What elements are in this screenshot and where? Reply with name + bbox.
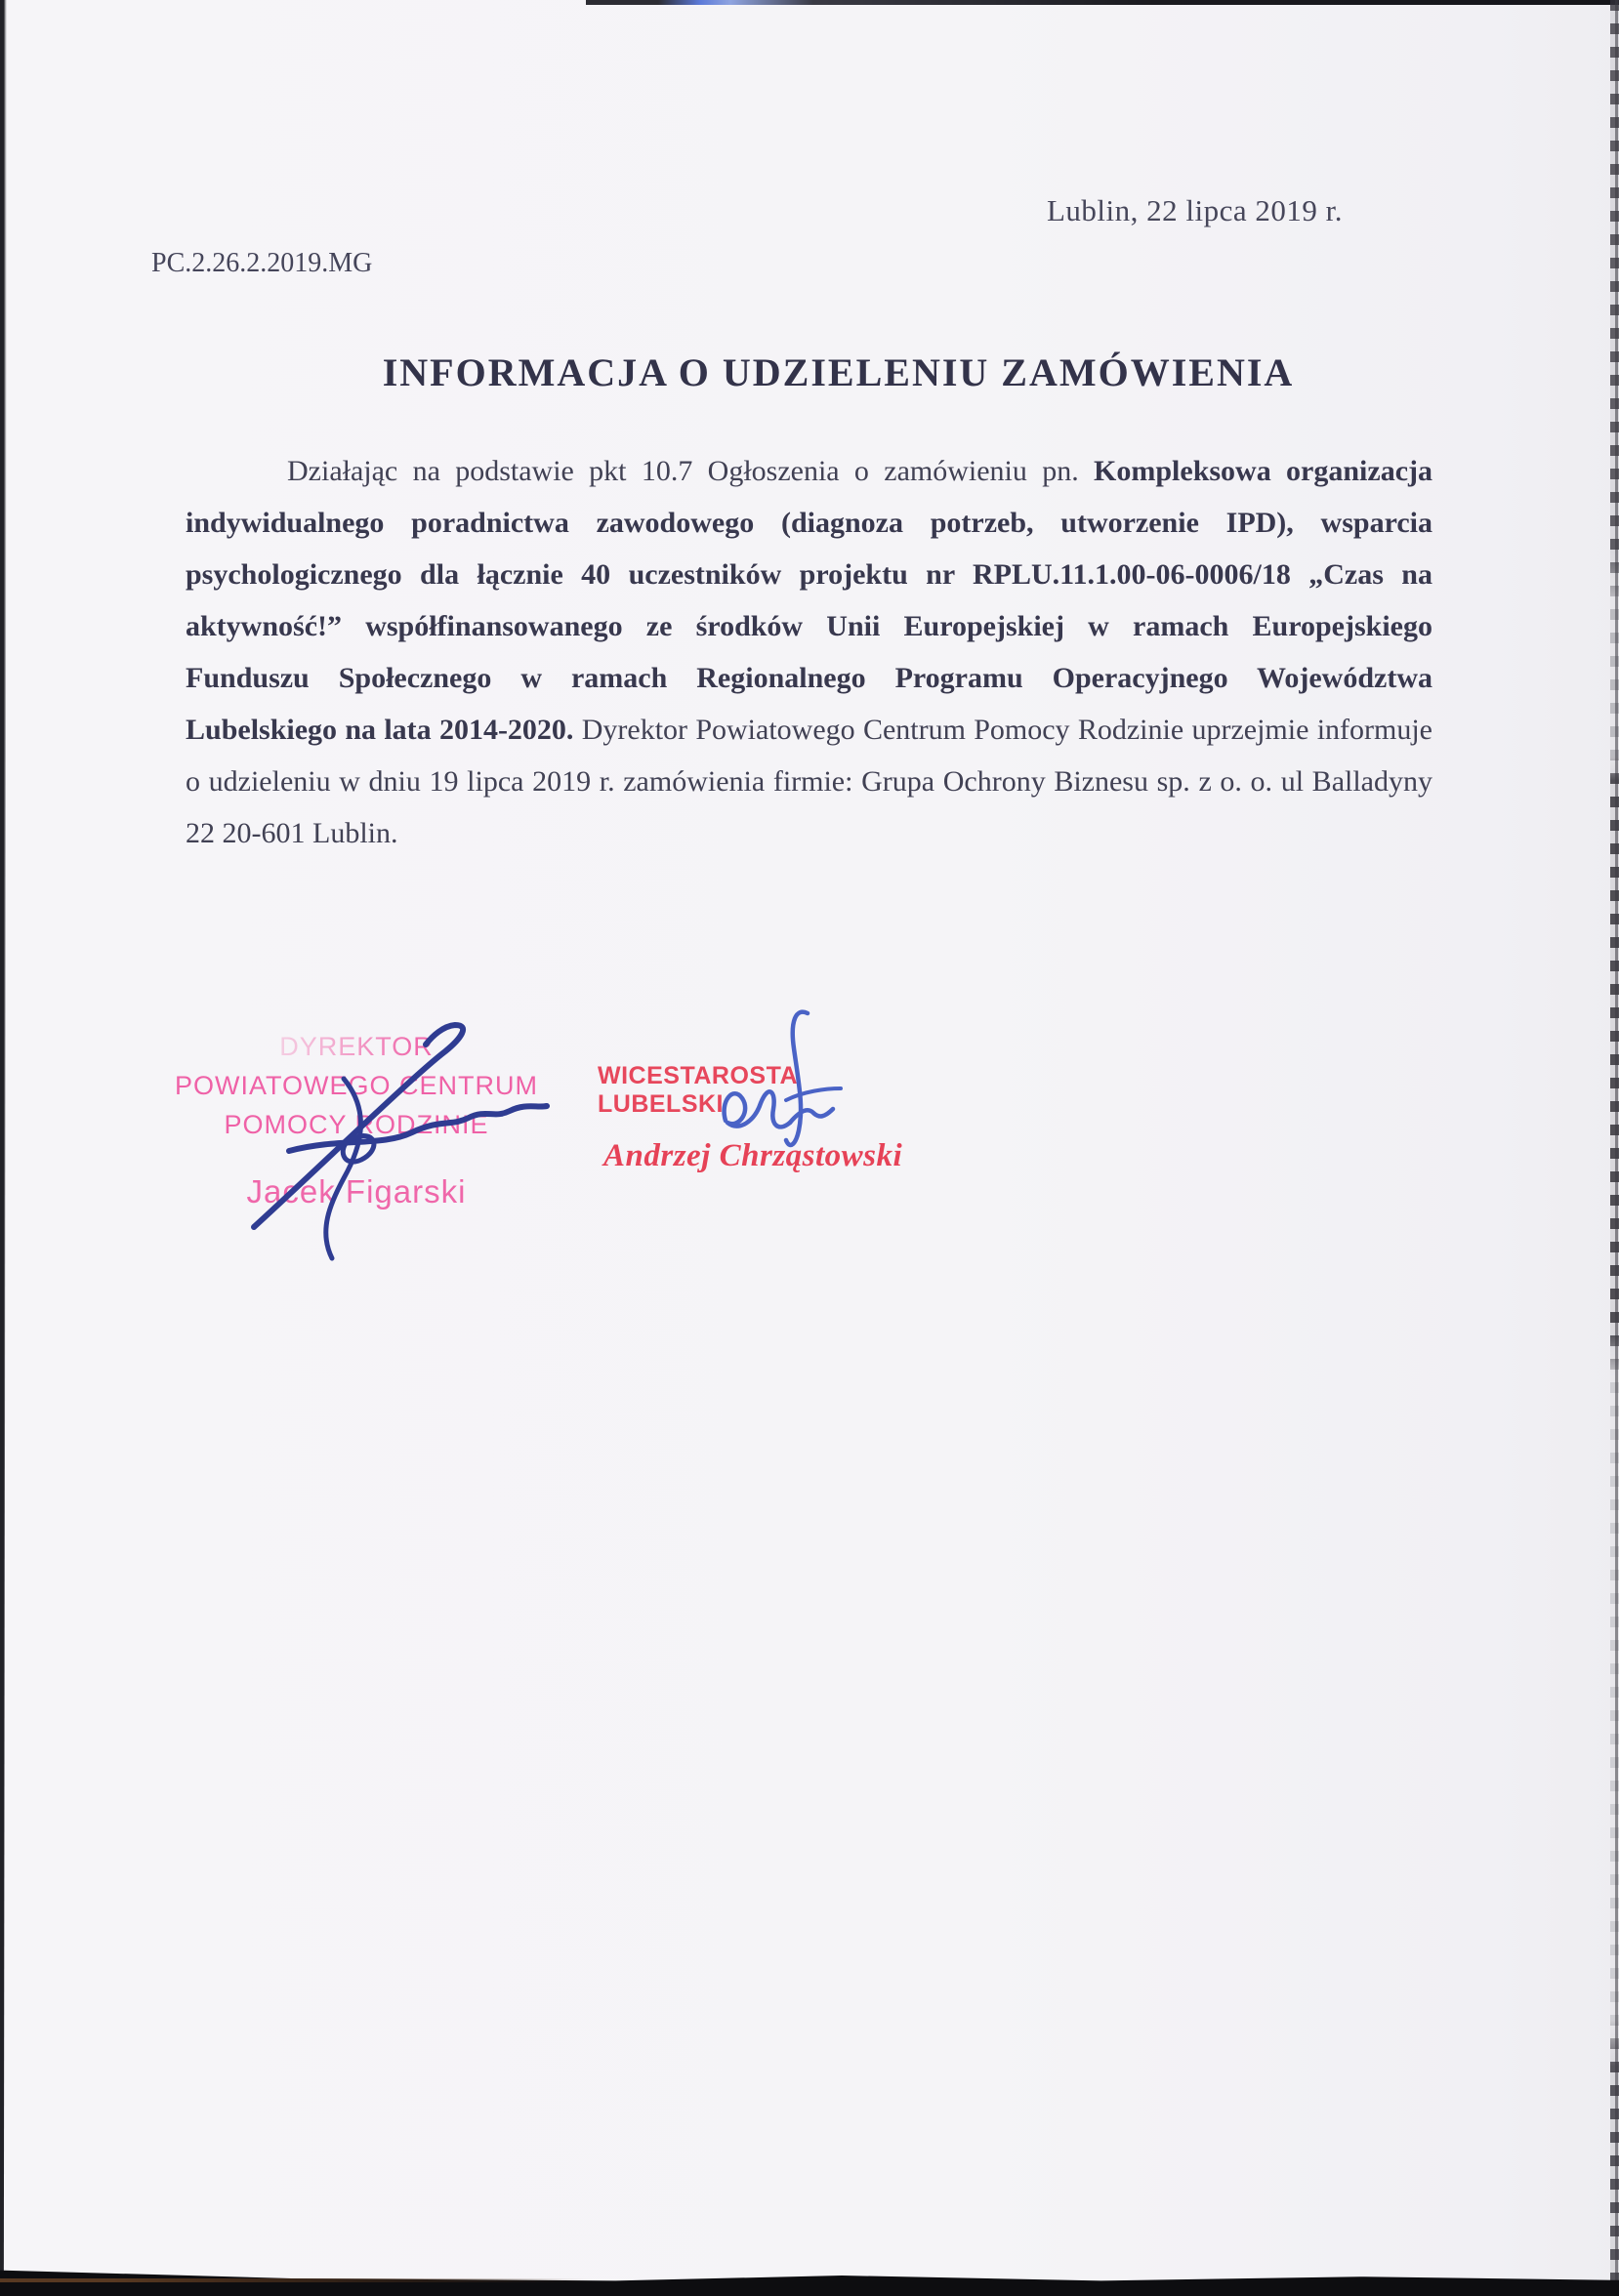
scan-edge-left-strip [0,0,7,2296]
director-signature [195,1020,566,1264]
body-segment: Działając na podstawie pkt 10.7 Ogłoszen… [287,455,1094,487]
document-title: INFORMACJA O UDZIELENIU ZAMÓWIENIA [215,349,1462,395]
reference-number: PC.2.26.2.2019.MG [151,248,372,279]
scan-edge-right-line [1615,0,1618,2296]
scanned-document-page: Lublin, 22 lipca 2019 r. PC.2.26.2.2019.… [0,0,1619,2296]
scan-edge-bottom-glint [0,2278,625,2282]
scan-edge-top-line [586,0,1619,5]
body-paragraph: Działając na podstawie pkt 10.7 Ogłoszen… [186,445,1432,859]
body-segment: Kompleksowa organizacja indywidualnego p… [186,455,1432,746]
vice-starost-signature [718,1005,874,1162]
document-date: Lublin, 22 lipca 2019 r. [1047,193,1343,228]
